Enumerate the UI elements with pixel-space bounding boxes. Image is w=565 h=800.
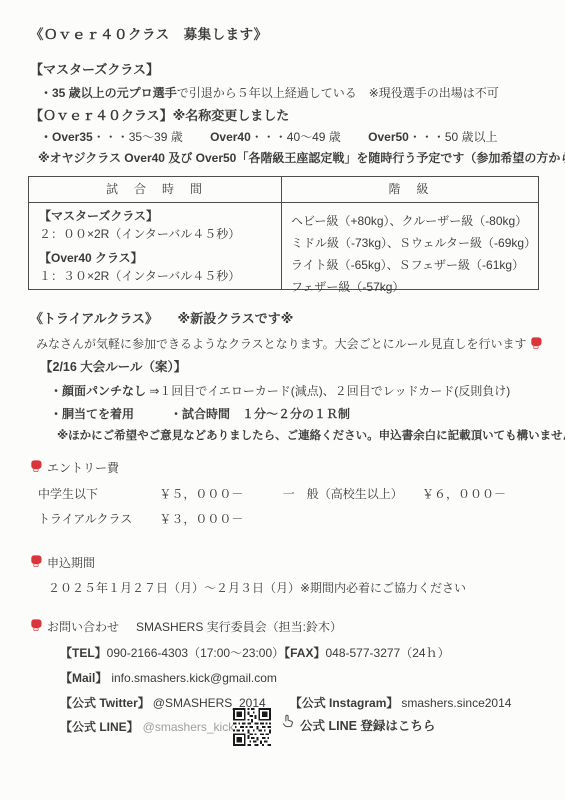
rule-no-face-punch: ・顔面パンチなし ⇒１回目でイエローカード(減点)、２回目でレッドカード(反則負… [50,384,510,399]
masters-class-bullet: ・35 歳以上の元プロ選手で引退から５年以上経過している ※現役選手の出場は不可 [40,86,499,101]
age-range-over40: Over40・・・40〜49 歳 [210,130,341,144]
trial-class-heading: 《トライアルクラス》 ※新設クラスです※ [30,311,293,327]
masters-class-heading: 【マスターズクラス】 [30,62,159,78]
over40-class-label: 【Over40 クラス】 [39,251,240,266]
fax-label: 【FAX】 [284,646,325,660]
boxing-glove-icon [530,336,543,354]
age-range-over50: Over50・・・50 歳以上 [368,130,497,144]
fee-label-general: 一 般（高校生以上） [283,487,419,502]
fax-number: 048-577-3277（24ｈ） [325,646,449,660]
mail-label: 【Mail】 [60,671,107,685]
pointing-hand-icon [280,713,296,733]
line-qr-code [233,708,271,750]
weight-class-line: ヘビー級（+80kg）、クルーザー級（-80kg） [291,210,536,232]
trial-class-description: みなさんが気軽に参加できるようなクラスとなります。大会ごとにルール見直しを行いま… [36,336,543,354]
instagram-handle: smashers.since2014 [401,696,511,710]
page-title: 《Ｏｖｅｒ４０クラス 募集します》 [30,27,268,44]
contact-organization: SMASHERS 実行委員会（担当:鈴木） [136,620,342,635]
table-header-row: 試 合 時 間 階 級 [29,177,538,203]
tel-number: 090-2166-4303（17:00〜23:00） [107,646,284,660]
entry-fee-heading: エントリー費 [47,461,119,476]
mail-address: info.smashers.kick@gmail.com [111,671,277,685]
weight-class-line: ライト級（-65kg）、Ｓフェザー級（-61kg） [291,254,536,276]
twitter-label: 【公式 Twitter】 [60,696,150,710]
fee-label-trial: トライアルクラス [38,512,156,527]
line-register-cta: 公式 LINE 登録はこちら [300,719,435,735]
column-header-match-time: 試 合 時 間 [29,177,281,202]
masters-bullet-rest: で引退から５年以上経過している ※現役選手の出場は不可 [177,86,499,100]
masters-class-label: 【マスターズクラス】 [39,209,240,224]
over40-class-heading: 【Ｏｖｅｒ４０クラス】※名称変更しました [30,108,289,124]
trial-feedback-note: ※ほかにご希望やご意見などありましたら、ご連絡ください。申込書余白に記載頂いても… [57,429,565,443]
column-header-weight-class: 階 級 [281,177,538,202]
over40-age-ranges: ・Over35・・・35〜39 歳 Over40・・・40〜49 歳 Over5… [40,130,498,145]
line-label: 【公式 LINE】 [60,720,139,734]
application-period-heading: 申込期間 [47,556,95,571]
contact-tel-fax-line: 【TEL】090-2166-4303（17:00〜23:00）【FAX】048-… [60,646,450,661]
masters-class-time: ２：００×2R（インターバル４５秒） [39,227,240,242]
boxing-glove-icon [30,554,43,572]
match-info-table: 試 合 時 間 階 級 【マスターズクラス】 ２：００×2R（インターバル４５秒… [28,176,539,290]
application-period-dates: ２０２５年１月２７日（月）〜２月３日（月）※期間内必着にご協力ください [48,581,466,596]
weight-class-cell: ヘビー級（+80kg）、クルーザー級（-80kg） ミドル級（-73kg）、Ｓウ… [291,210,536,298]
fee-price-trial: ￥３，０００－ [159,512,279,527]
fee-price-junior: ￥５，０００－ [159,487,279,502]
match-time-cell: 【マスターズクラス】 ２：００×2R（インターバル４５秒） 【Over40 クラ… [39,209,240,293]
weight-class-line: フェザー級（-57kg） [291,276,536,298]
entry-fee-row: トライアルクラス ￥３，０００－ [38,512,279,527]
fee-price-general: ￥６，０００－ [422,487,506,501]
line-handle: @smashers_kick [143,720,235,734]
contact-sns-line: 【公式 Twitter】@SMASHERS_2014【公式 Instagram】… [60,696,511,711]
boxing-glove-icon [30,459,43,477]
fee-label-junior: 中学生以下 [38,487,156,502]
table-column-divider [281,177,282,289]
masters-bullet-bold: ・35 歳以上の元プロ選手 [40,86,177,100]
tel-label: 【TEL】 [60,646,107,660]
age-range-over35: ・Over35・・・35〜39 歳 [40,130,183,144]
rule-body-protector: ・胴当てを着用 ・試合時間 １分〜２分の１Ｒ制 [50,407,350,422]
contact-line-line: 【公式 LINE】@smashers_kick [60,720,234,735]
boxing-glove-icon [30,618,43,636]
weight-class-line: ミドル級（-73kg）、Ｓウェルター級（-69kg） [291,232,536,254]
instagram-label: 【公式 Instagram】 [290,696,399,710]
flyer-page: 《Ｏｖｅｒ４０クラス 募集します》 【マスターズクラス】 ・35 歳以上の元プロ… [0,0,565,800]
entry-fee-row: 中学生以下 ￥５，０００－ 一 般（高校生以上） ￥６，０００－ [38,487,506,502]
over40-class-time: １：３０×2R（インターバル４５秒） [39,269,240,284]
tournament-rules-heading: 【2/16 大会ルール（案）】 [40,360,186,376]
contact-mail-line: 【Mail】info.smashers.kick@gmail.com [60,671,277,686]
contact-heading: お問い合わせ [47,620,119,635]
oyaji-class-note: ※オヤジクラス Over40 及び Over50「各階級王座認定戦」を随時行う予… [38,151,565,166]
